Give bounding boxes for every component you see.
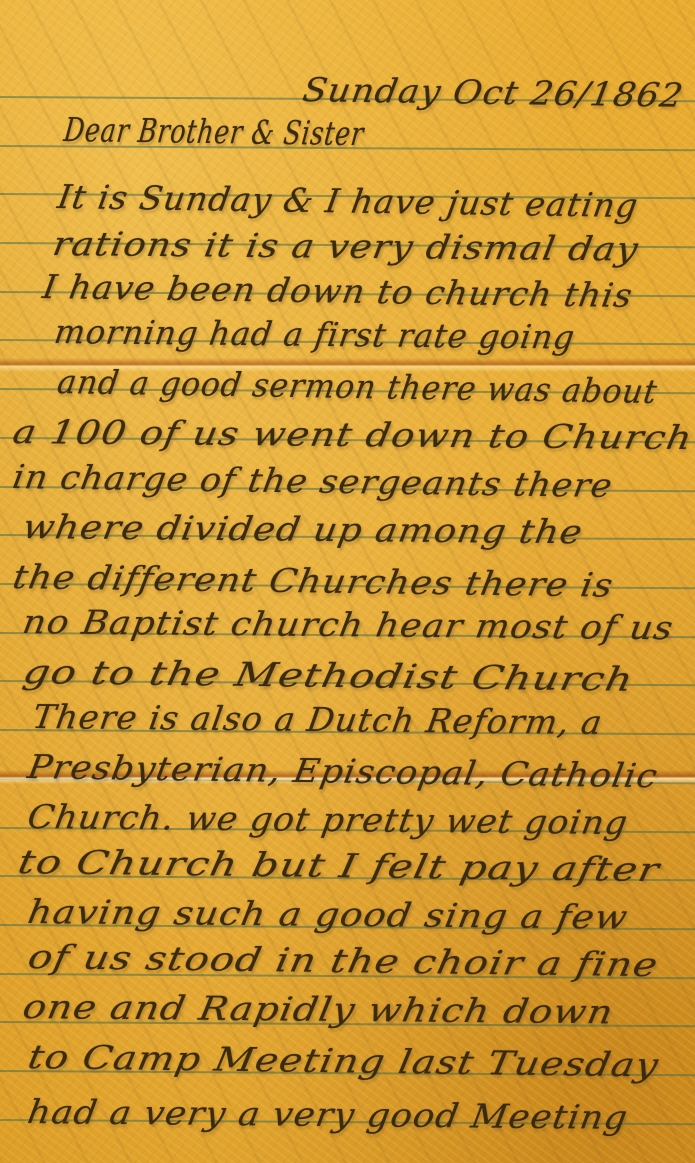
letter-line: the different Churches there is (10, 557, 617, 605)
letter-line: no Baptist church hear most of us (20, 602, 677, 647)
letter-date-line: Sunday Oct 26/1862 (300, 70, 687, 115)
letter-line: Presbyterian, Episcopal, Catholic (25, 747, 661, 795)
letter-page: Sunday Oct 26/1862 Dear Brother & Sister… (0, 0, 695, 1163)
letter-line: in charge of the sergeants there (10, 457, 616, 505)
letter-line: rations it is a very dismal day (50, 224, 642, 268)
letter-line: a 100 of us went down to Church (10, 412, 695, 457)
letter-line: one and Rapidly which down (20, 987, 617, 1031)
letter-line: morning had a first rate going (52, 312, 578, 357)
letter-line: It is Sunday & I have just eating (55, 177, 641, 225)
letter-line: having such a good sing a few (25, 892, 631, 937)
letter-line: to Camp Meeting last Tuesday (25, 1037, 662, 1084)
letter-line: Church. we got pretty wet going (25, 797, 631, 842)
letter-line: I have been down to church this (40, 267, 636, 315)
letter-line: There is also a Dutch Reform, a (30, 697, 606, 742)
letter-line: go to the Methodist Church (20, 652, 637, 699)
letter-line: to Church but I felt pay after (15, 842, 663, 889)
letter-salutation: Dear Brother & Sister (62, 110, 366, 153)
letter-line: and a good sermon there was about (55, 362, 660, 411)
letter-line: where divided up among the (20, 507, 586, 551)
letter-line: had a very a very good Meeting (25, 1092, 631, 1137)
letter-line: of us stood in the choir a fine (25, 937, 662, 984)
